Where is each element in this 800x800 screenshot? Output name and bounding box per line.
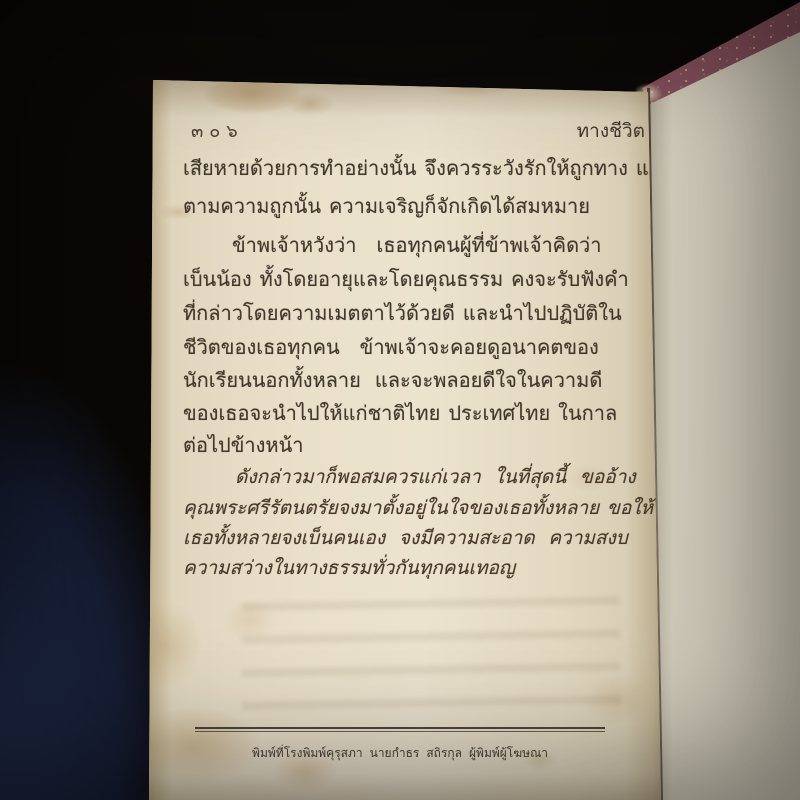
page-number: ๓๐๖ bbox=[183, 116, 244, 146]
separator-rule bbox=[195, 727, 605, 732]
colophon: พิมพ์ที่โรงพิมพ์คุรุสภา นายกำธร สถิรกุล … bbox=[195, 744, 605, 763]
text-line: ที่กล่าวโดยความเมตตาไว้ด้วยดี และนำไปปฏิ… bbox=[183, 300, 622, 328]
text-line: เธอทั้งหลายจงเบ็นคนเอง จงมีความสะอาด ควา… bbox=[183, 525, 628, 553]
page-header: ๓๐๖ ทางชีวิต bbox=[183, 116, 645, 146]
text-line: เบ็นน้อง ทั้งโดยอายุและโดยคุณธรรม คงจะรั… bbox=[183, 266, 629, 294]
running-title: ทางชีวิต bbox=[577, 116, 645, 146]
text-line: ต่อไปข้างหน้า bbox=[183, 432, 304, 460]
book-photo: ๓๐๖ ทางชีวิต เสียหายด้วยการทำอย่างนั้น จ… bbox=[0, 0, 800, 800]
text-line: เสียหายด้วยการทำอย่างนั้น จึงควรระวังรัก… bbox=[183, 155, 706, 183]
text-line: ข้าพเจ้าหวังว่า เธอทุกคนผู้ที่ข้าพเจ้าคิ… bbox=[232, 232, 602, 260]
text-line: นักเรียนนอกทั้งหลาย และจะพลอยดีใจในความด… bbox=[183, 367, 602, 395]
text-line: คุณพระศรีรัตนตรัยจงมาตั้งอยู่ในใจของเธอท… bbox=[183, 495, 653, 523]
text-line: ชีวิตของเธอทุกคน ข้าพเจ้าจะคอยดูอนาคตของ bbox=[183, 334, 599, 362]
text-line: ความสว่างในทางธรรมทั่วกันทุกคนเทอญ bbox=[183, 555, 515, 583]
text-line: ตามความถูกนั้น ความเจริญก็จักเกิดได้สมหม… bbox=[183, 193, 590, 221]
text-line: ดังกล่าวมาก็พอสมควรแก่เวลา ในที่สุดนี้ ข… bbox=[235, 464, 636, 492]
text-line: ของเธอจะนำไปให้แก่ชาติไทย ประเทศไทย ในกา… bbox=[183, 400, 617, 428]
page-text: ๓๐๖ ทางชีวิต เสียหายด้วยการทำอย่างนั้น จ… bbox=[183, 0, 645, 800]
